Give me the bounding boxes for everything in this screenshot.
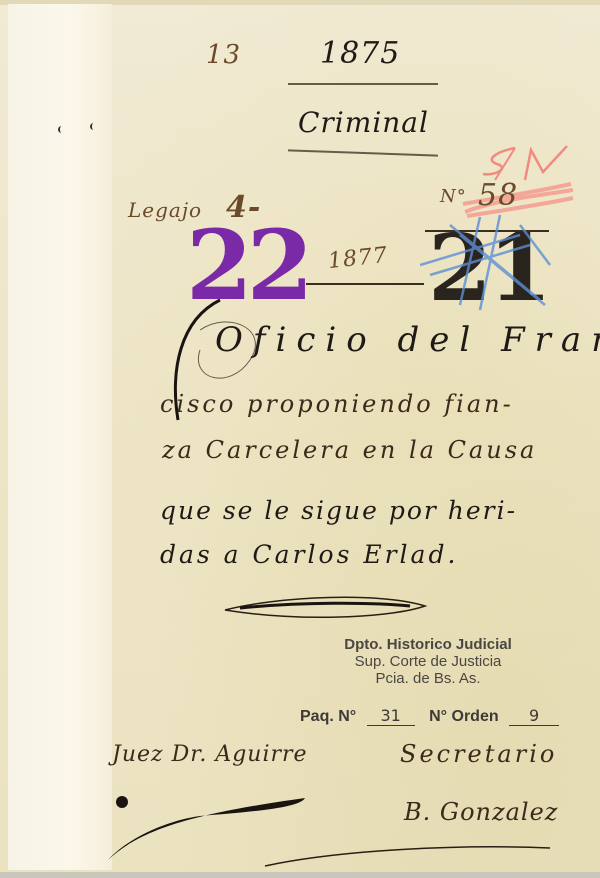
closing-flourish-icon: [220, 588, 440, 628]
body-line-5: das a Carlos Erlad.: [160, 540, 458, 569]
page-bottom-edge: [0, 872, 600, 878]
stamp-line-2: Sup. Corte de Justicia: [318, 653, 538, 670]
package-info: Paq. N° 31 N° Orden 9: [300, 706, 559, 726]
category-underline: [288, 149, 438, 156]
body-line-1: Oficio del Fran-: [215, 320, 600, 360]
document-page: 13 1875 Criminal Legajo 4- N° 58 1877 22…: [0, 0, 600, 872]
stamp-line-1: Dpto. Historico Judicial: [318, 636, 538, 653]
judge-signature: Juez Dr. Aguirre: [112, 742, 308, 767]
secretary-title: Secretario: [400, 740, 557, 768]
paq-label: Paq. N°: [300, 708, 356, 725]
secretary-flourish-icon: [260, 840, 560, 870]
secretary-signature: B. Gonzalez: [404, 798, 558, 826]
header-category: Criminal: [298, 106, 429, 139]
stamp-line-3: Pcia. de Bs. As.: [318, 670, 538, 687]
body-line-4: que se le sigue por heri-: [160, 496, 517, 525]
body-line-2: cisco proponiendo fian-: [160, 390, 514, 418]
header-year: 1875: [320, 36, 400, 71]
binding-hole: [90, 123, 97, 130]
blue-pencil-scribble-icon: [420, 205, 560, 315]
archive-stamp: Dpto. Historico Judicial Sup. Corte de J…: [318, 636, 538, 687]
body-line-3: za Carcelera en la Causa: [162, 436, 537, 464]
paq-value: 31: [367, 706, 415, 726]
orden-value: 9: [509, 706, 559, 726]
binding-strip: [8, 4, 112, 870]
year-underline: [288, 83, 438, 85]
fraction-rule: [306, 283, 424, 285]
header-number: 13: [206, 40, 241, 70]
binding-hole: [58, 126, 65, 133]
file-number-label: N°: [440, 186, 467, 207]
fraction-year: 1877: [327, 243, 389, 274]
orden-label: N° Orden: [429, 708, 499, 725]
